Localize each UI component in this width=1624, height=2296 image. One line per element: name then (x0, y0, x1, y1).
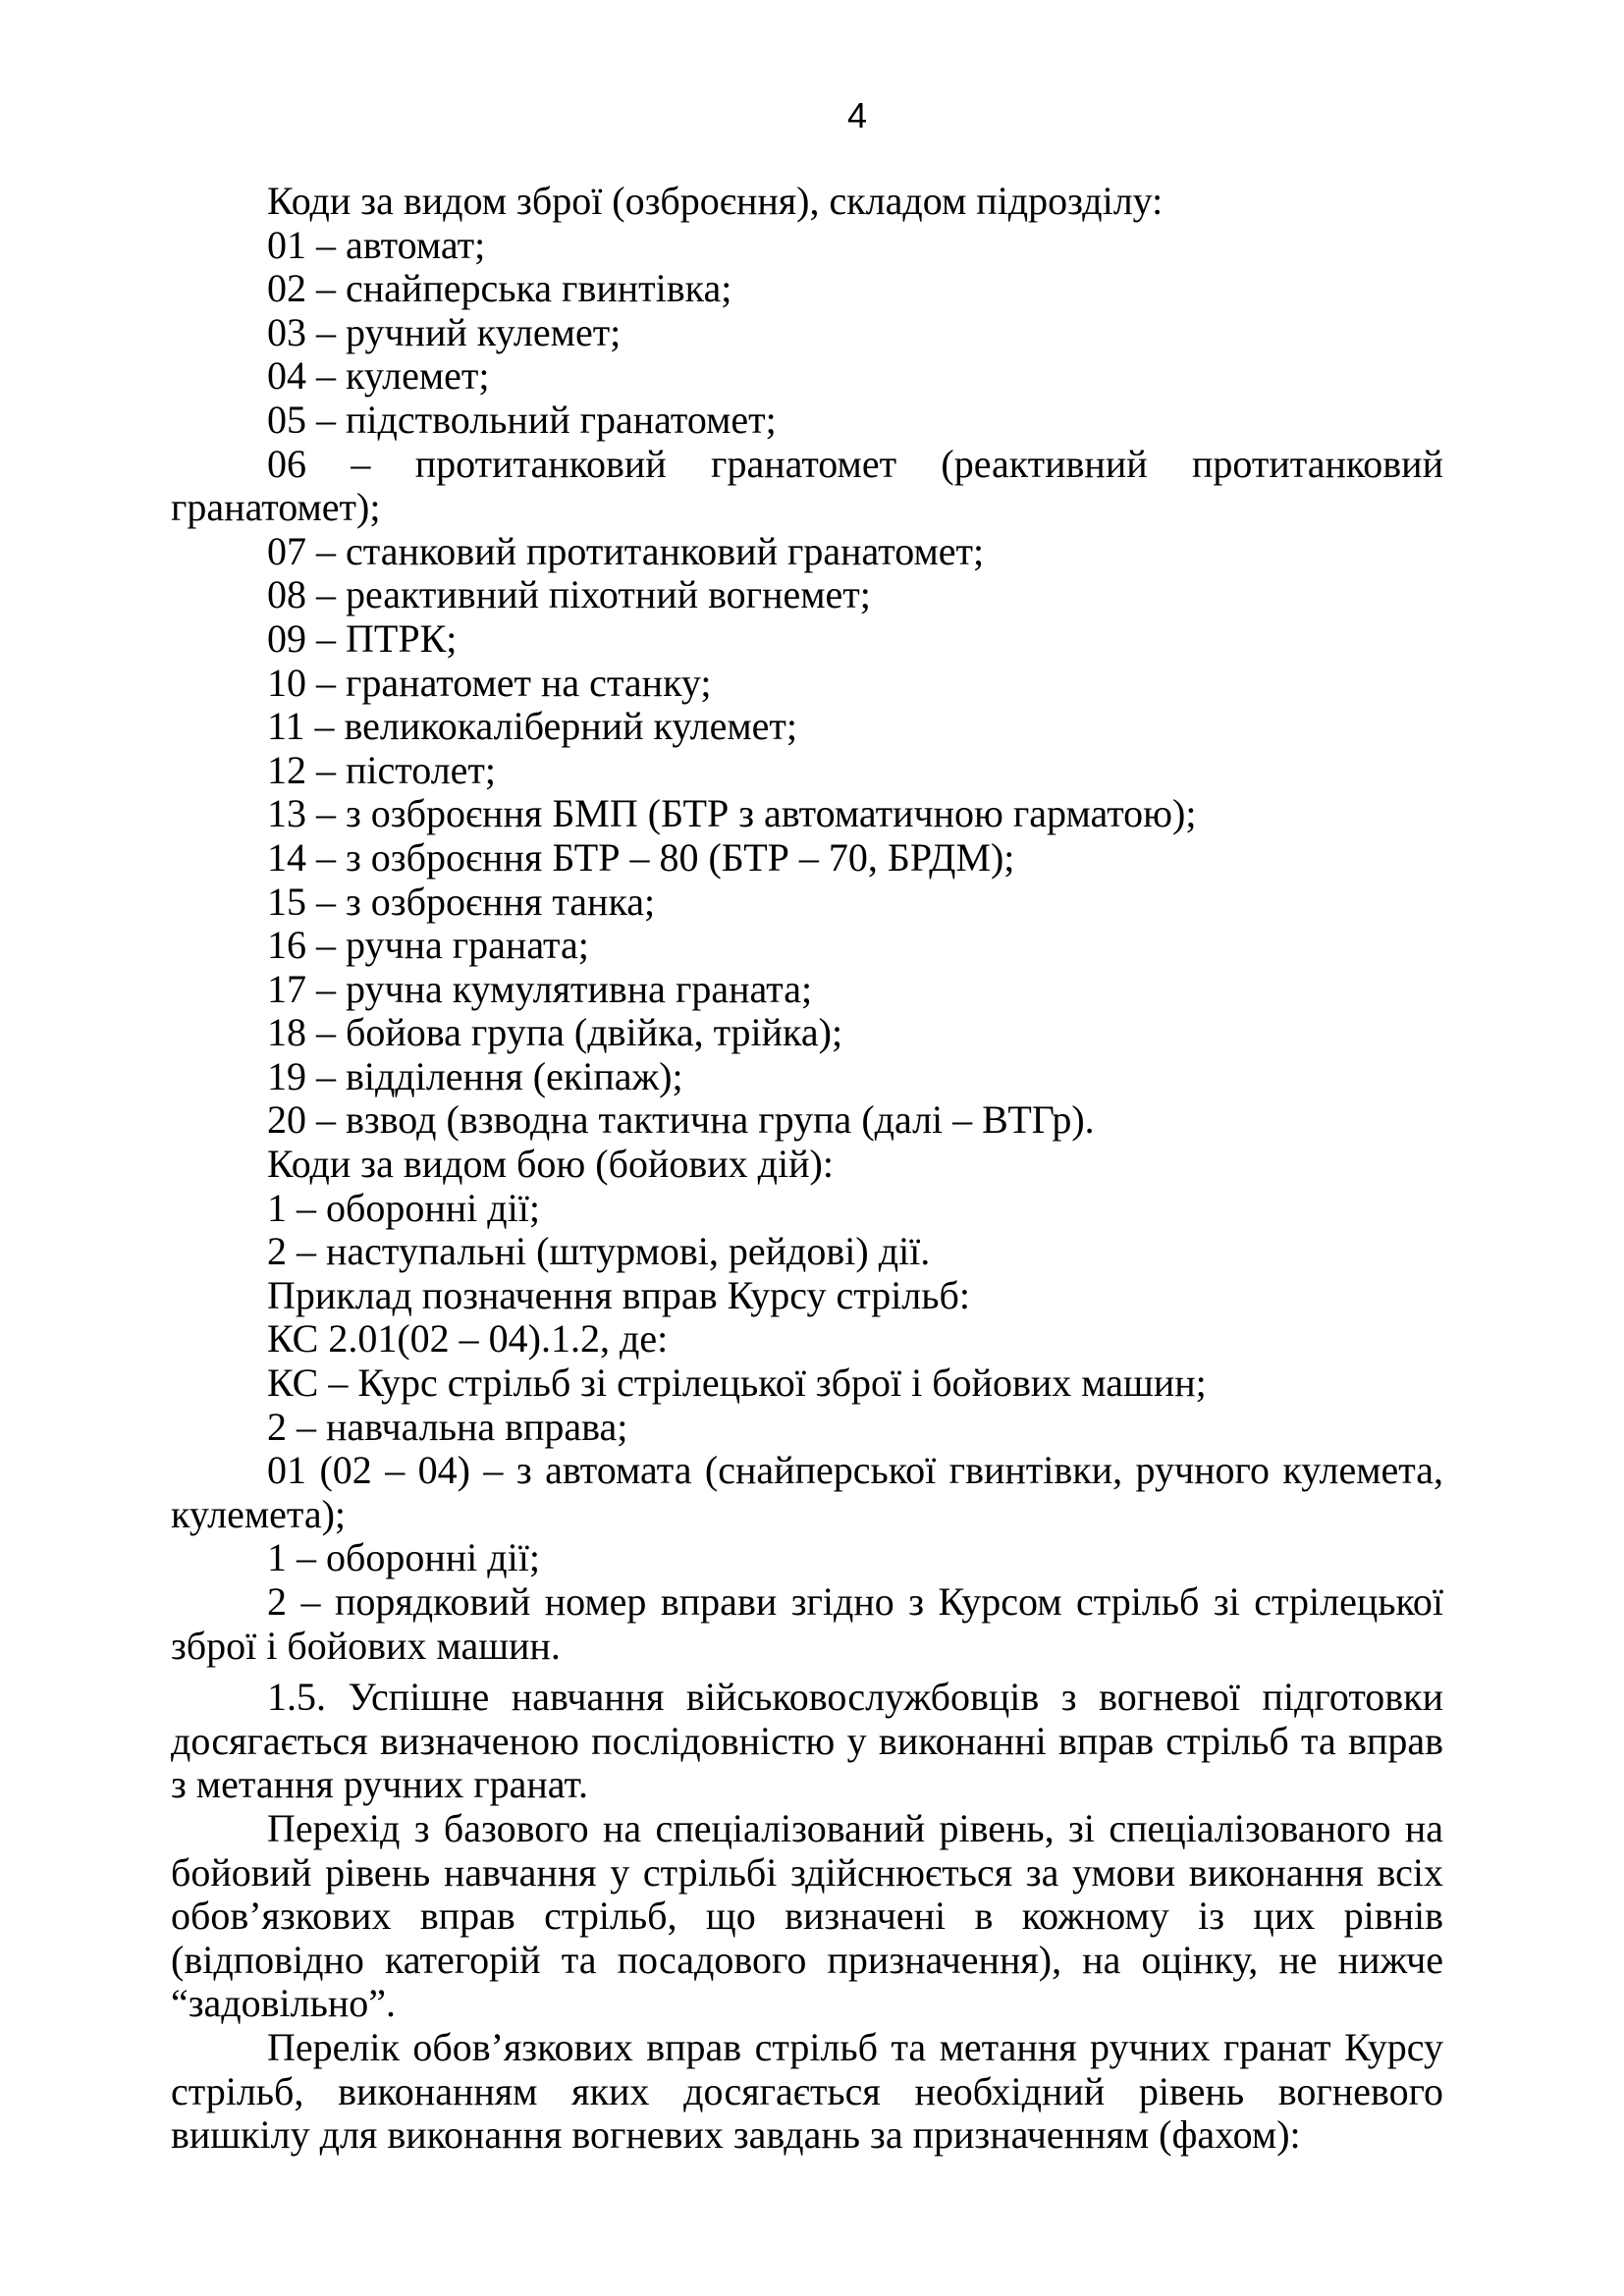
weapon-code-item: 07 – станковий протитанковий гранатомет; (171, 530, 1443, 574)
weapon-code-item: 20 – взвод (взводна тактична група (далі… (171, 1098, 1443, 1143)
weapon-code-item: 13 – з озброєння БМП (БТР з автоматичною… (171, 792, 1443, 836)
weapon-code-item: 09 – ПТРК; (171, 617, 1443, 662)
weapon-codes-heading: Коди за видом зброї (озброєння), складом… (171, 180, 1443, 224)
weapon-code-item: 05 – підствольний гранатомет; (171, 399, 1443, 443)
example-item: 01 (02 – 04) – з автомата (снайперської … (171, 1449, 1443, 1536)
weapon-code-item: 08 – реактивний піхотний вогнемет; (171, 573, 1443, 617)
example-item: 2 – порядковий номер вправи згідно з Кур… (171, 1580, 1443, 1668)
section-1-5-paragraph: 1.5. Успішне навчання військовослужбовці… (171, 1676, 1443, 1807)
example-item: 2 – навчальна вправа; (171, 1406, 1443, 1450)
weapon-code-item: 15 – з озброєння танка; (171, 881, 1443, 925)
combat-code-item: 2 – наступальні (штурмові, рейдові) дії. (171, 1230, 1443, 1274)
example-item: КС – Курс стрільб зі стрілецької зброї і… (171, 1362, 1443, 1406)
weapon-code-item: 10 – гранатомет на станку; (171, 662, 1443, 706)
page-number: 4 (0, 96, 1624, 135)
weapon-code-item: 17 – ручна кумулятивна граната; (171, 968, 1443, 1012)
weapon-code-item: 04 – кулемет; (171, 354, 1443, 399)
example-heading: Приклад позначення вправ Курсу стрільб: (171, 1274, 1443, 1318)
weapon-code-item: 14 – з озброєння БТР – 80 (БТР – 70, БРД… (171, 836, 1443, 881)
weapon-code-item: 01 – автомат; (171, 224, 1443, 268)
weapon-code-item: 12 – пістолет; (171, 749, 1443, 793)
weapon-code-item: 06 – протитанковий гранатомет (реактивни… (171, 443, 1443, 530)
example-item: 1 – оборонні дії; (171, 1536, 1443, 1580)
weapon-code-item: 18 – бойова група (двійка, трійка); (171, 1011, 1443, 1055)
weapon-code-item: 19 – відділення (екіпаж); (171, 1055, 1443, 1099)
transition-paragraph: Перехід з базового на спеціалізований рі… (171, 1807, 1443, 2026)
example-code: КС 2.01(02 – 04).1.2, де: (171, 1317, 1443, 1362)
combat-code-item: 1 – оборонні дії; (171, 1187, 1443, 1231)
mandatory-exercises-paragraph: Перелік обов’язкових вправ стрільб та ме… (171, 2026, 1443, 2158)
weapon-code-item: 16 – ручна граната; (171, 924, 1443, 968)
weapon-code-item: 11 – великокаліберний кулемет; (171, 705, 1443, 749)
weapon-code-item: 02 – снайперська гвинтівка; (171, 267, 1443, 311)
weapon-code-item: 03 – ручний кулемет; (171, 311, 1443, 355)
document-body: Коди за видом зброї (озброєння), складом… (171, 180, 1443, 2158)
combat-codes-heading: Коди за видом бою (бойових дій): (171, 1143, 1443, 1187)
